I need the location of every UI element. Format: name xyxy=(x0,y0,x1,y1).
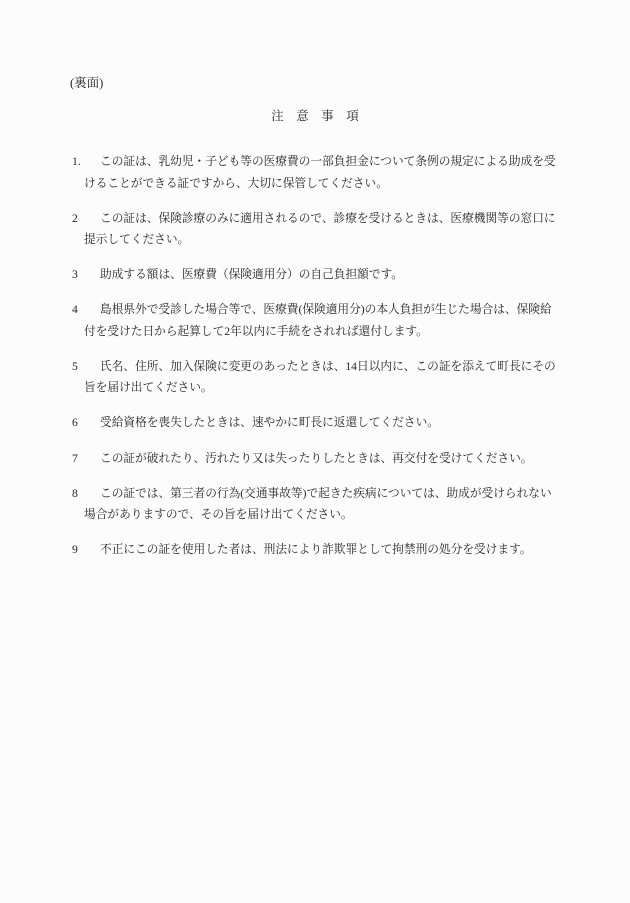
note-text: 助成する額は、医療費（保険適用分）の自己負担額です。 xyxy=(100,268,403,281)
note-text: 受給資格を喪失したときは、速やかに町長に返還してください。 xyxy=(100,416,439,429)
note-number: 3 xyxy=(72,264,78,286)
note-item: 4島根県外で受診した場合等で、医療費(保険適用分)の本人負担が生じた場合は、保険… xyxy=(84,299,590,342)
note-number: 5 xyxy=(72,356,78,378)
note-text: この証は、保険診療のみに適用されるので、診療を受けるときは、医療機関等の窓口に … xyxy=(84,212,556,247)
note-number: 7 xyxy=(72,448,78,470)
note-item: 1.この証は、乳幼児・子ども等の医療費の一部負担金について条例の規定による助成を… xyxy=(84,151,590,194)
note-number: 6 xyxy=(72,412,78,434)
note-number: 4 xyxy=(72,299,78,321)
note-text: 不正にこの証を使用した者は、刑法により詐欺罪として拘禁刑の処分を受けます。 xyxy=(100,543,532,556)
note-number: 1. xyxy=(72,151,81,173)
note-text: この証が破れたり、汚れたり又は失ったりしたときは、再交付を受けてください。 xyxy=(100,452,532,465)
notes-list: 1.この証は、乳幼児・子ども等の医療費の一部負担金について条例の規定による助成を… xyxy=(0,151,630,574)
note-item: 8この証では、第三者の行為(交通事故等)で起きた疾病については、助成が受けられな… xyxy=(84,483,590,526)
note-item: 2この証は、保険診療のみに適用されるので、診療を受けるときは、医療機関等の窓口に… xyxy=(84,208,590,251)
note-text: この証では、第三者の行為(交通事故等)で起きた疾病については、助成が受けられない… xyxy=(84,487,552,522)
note-item: 3助成する額は、医療費（保険適用分）の自己負担額です。 xyxy=(84,264,590,286)
document-page: (裏面) 注 意 事 項 1.この証は、乳幼児・子ども等の医療費の一部負担金につ… xyxy=(0,0,630,903)
note-text: 氏名、住所、加入保険に変更のあったときは、14日以内に、この証を添えて町長にその… xyxy=(84,360,556,395)
note-number: 2 xyxy=(72,208,78,230)
note-item: 5氏名、住所、加入保険に変更のあったときは、14日以内に、この証を添えて町長にそ… xyxy=(84,356,590,399)
note-text: 島根県外で受診した場合等で、医療費(保険適用分)の本人負担が生じた場合は、保険給… xyxy=(84,303,552,338)
page-title: 注 意 事 項 xyxy=(0,107,630,125)
note-item: 7この証が破れたり、汚れたり又は失ったりしたときは、再交付を受けてください。 xyxy=(84,448,590,470)
note-item: 6受給資格を喪失したときは、速やかに町長に返還してください。 xyxy=(84,412,590,434)
side-label: (裏面) xyxy=(70,74,103,92)
note-number: 8 xyxy=(72,483,78,505)
note-text: この証は、乳幼児・子ども等の医療費の一部負担金について条例の規定による助成を受 … xyxy=(84,155,556,190)
note-item: 9不正にこの証を使用した者は、刑法により詐欺罪として拘禁刑の処分を受けます。 xyxy=(84,539,590,561)
note-number: 9 xyxy=(72,539,78,561)
